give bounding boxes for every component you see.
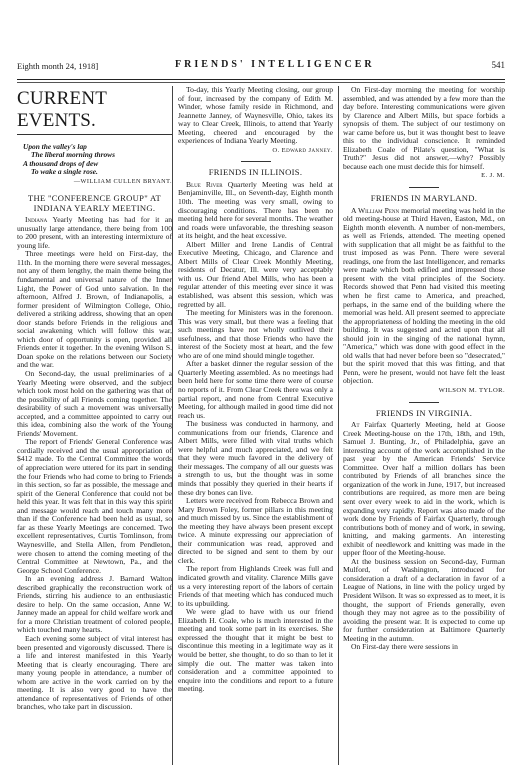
column-1: CURRENT EVENTS. Upon the valley's lap Th… (17, 86, 172, 712)
article-paragraph: The meeting for Ministers was in the for… (178, 309, 333, 360)
column-divider (338, 86, 339, 765)
article-paragraph: To-day, this Yearly Meeting closing, our… (178, 86, 333, 146)
poem-attribution: —WILLIAM CULLEN BRYANT. (17, 178, 172, 187)
publication-title: FRIENDS' INTELLIGENCER (175, 59, 375, 70)
newspaper-page: Eighth month 24, 1918] FRIENDS' INTELLIG… (0, 0, 515, 783)
section-divider (409, 402, 439, 403)
column-2: To-day, this Yearly Meeting closing, our… (178, 86, 333, 694)
header-rule (17, 79, 505, 80)
running-head: Eighth month 24, 1918] FRIENDS' INTELLIG… (17, 59, 505, 73)
article-paragraph: In an evening address J. Barnard Walton … (17, 575, 172, 635)
section-divider (409, 187, 439, 188)
article-paragraph: At the business session on Second-day, F… (343, 558, 505, 643)
article-paragraph: A William Penn memorial meeting was held… (343, 207, 505, 386)
column-3: On First-day morning the meeting for wor… (343, 86, 505, 652)
article-paragraph: The business was conducted in harmony, a… (178, 420, 333, 497)
article-paragraph: Indiana Yearly Meeting has had for it an… (17, 216, 172, 250)
article-paragraph: The report of Friends' General Conferenc… (17, 438, 172, 575)
epigraph-poem: Upon the valley's lap The liberal mornin… (23, 143, 172, 177)
article-paragraph: Albert Miller and Irene Landis of Centra… (178, 241, 333, 309)
article-heading: THE "CONFERENCE GROUP" AT INDIANA YEARLY… (17, 194, 172, 213)
article-heading: FRIENDS IN MARYLAND. (343, 194, 505, 204)
header-rule-secondary (17, 82, 505, 83)
article-paragraph: On Second-day, the usual preliminaries o… (17, 370, 172, 438)
article-paragraph: At Fairfax Quarterly Meeting, held at Go… (343, 421, 505, 558)
page-number: 541 (492, 60, 506, 70)
article-paragraph: Three meetings were held on First-day, t… (17, 250, 172, 370)
poem-line: To wake a single rose. (23, 168, 172, 176)
article-paragraph: Blue River Quarterly Meeting was held at… (178, 181, 333, 241)
article-paragraph: After a basket dinner the regular sessio… (178, 360, 333, 420)
article-signature: E. J. M. (343, 172, 505, 181)
article-heading: FRIENDS IN ILLINOIS. (178, 168, 333, 178)
article-paragraph: On First-day morning the meeting for wor… (343, 86, 505, 171)
article-heading: FRIENDS IN VIRGINIA. (343, 409, 505, 419)
title-rule (17, 134, 172, 135)
article-paragraph: Letters were received from Rebecca Brown… (178, 497, 333, 565)
article-signature: WILSON M. TYLOR. (343, 387, 505, 396)
article-paragraph: The report from Highlands Creek was full… (178, 565, 333, 608)
column-divider (172, 86, 173, 765)
issue-date: Eighth month 24, 1918] (17, 61, 98, 71)
section-divider (241, 161, 271, 162)
article-paragraph: Each evening some subject of vital inter… (17, 635, 172, 712)
article-paragraph: On First-day there were sessions in (343, 643, 505, 652)
article-paragraph: We were glad to have with us our friend … (178, 608, 333, 693)
section-title: CURRENT EVENTS. (17, 88, 172, 132)
article-signature: O. Edward Janney. (178, 147, 333, 156)
